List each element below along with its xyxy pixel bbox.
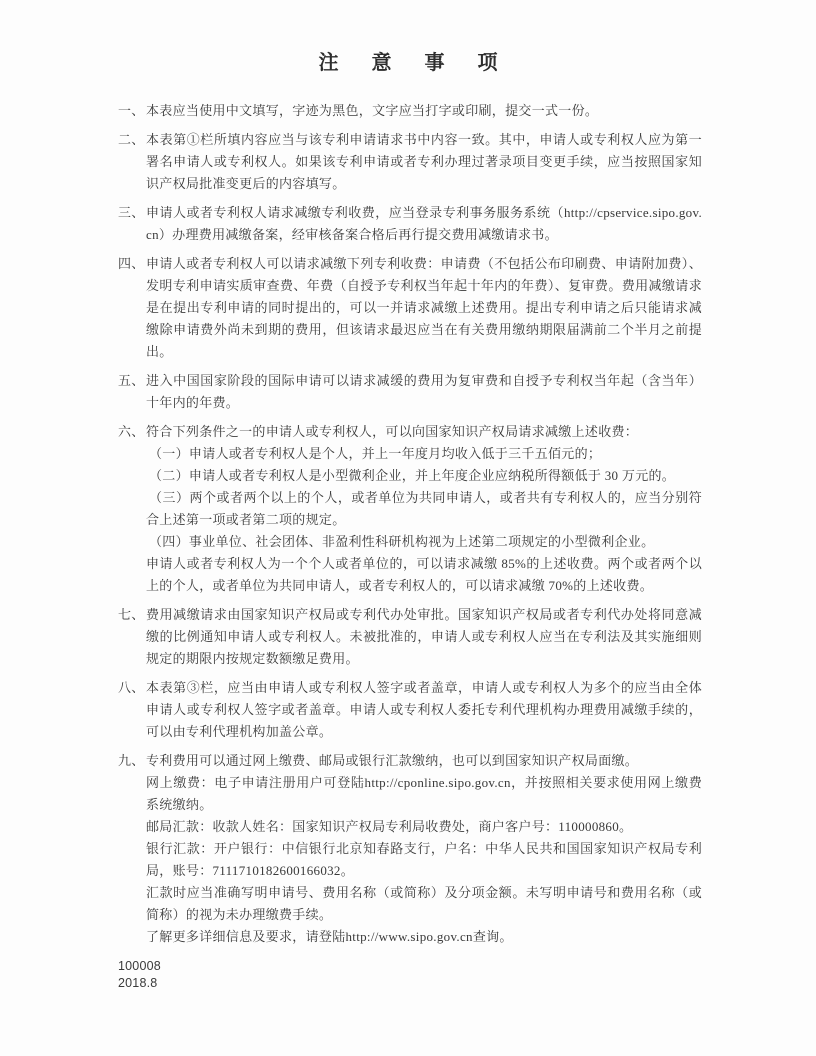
item-number: 八、 xyxy=(118,677,146,743)
item-paragraph: 申请人或者专利权人可以请求减缴下列专利收费：申请费（不包括公布印刷费、申请附加费… xyxy=(146,253,702,363)
item-paragraph: 本表第①栏所填内容应当与该专利申请请求书中内容一致。其中，申请人或专利权人应为第… xyxy=(146,129,702,195)
item-subparagraph: 邮局汇款：收款人姓名：国家知识产权局专利局收费处，商户客户号：110000860… xyxy=(146,816,702,838)
note-item-7: 七、 费用减缴请求由国家知识产权局或专利代办处审批。国家知识产权局或者专利代办处… xyxy=(118,604,702,670)
item-body: 本表第①栏所填内容应当与该专利申请请求书中内容一致。其中，申请人或专利权人应为第… xyxy=(146,129,702,195)
item-subparagraph: （一）申请人或者专利权人是个人，并上一年度月均收入低于三千五佰元的； xyxy=(146,443,702,465)
note-item-2: 二、 本表第①栏所填内容应当与该专利申请请求书中内容一致。其中，申请人或专利权人… xyxy=(118,129,702,195)
item-paragraph: 本表应当使用中文填写，字迹为黑色，文字应当打字或印刷，提交一式一份。 xyxy=(146,100,702,122)
form-footer: 100008 2018.8 xyxy=(118,958,161,992)
note-item-4: 四、 申请人或者专利权人可以请求减缴下列专利收费：申请费（不包括公布印刷费、申请… xyxy=(118,253,702,363)
item-paragraph: 本表第③栏，应当由申请人或专利权人签字或者盖章，申请人或专利权人为多个的应当由全… xyxy=(146,677,702,743)
item-body: 费用减缴请求由国家知识产权局或专利代办处审批。国家知识产权局或者专利代办处将同意… xyxy=(146,604,702,670)
item-number: 四、 xyxy=(118,253,146,363)
note-item-5: 五、 进入中国国家阶段的国际申请可以请求减缓的费用为复审费和自授予专利权当年起（… xyxy=(118,370,702,414)
note-item-8: 八、 本表第③栏，应当由申请人或专利权人签字或者盖章，申请人或专利权人为多个的应… xyxy=(118,677,702,743)
item-number: 六、 xyxy=(118,421,146,597)
item-body: 申请人或者专利权人可以请求减缴下列专利收费：申请费（不包括公布印刷费、申请附加费… xyxy=(146,253,702,363)
item-body: 本表应当使用中文填写，字迹为黑色，文字应当打字或印刷，提交一式一份。 xyxy=(146,100,702,122)
notes-list: 一、 本表应当使用中文填写，字迹为黑色，文字应当打字或印刷，提交一式一份。 二、… xyxy=(118,100,702,948)
item-body: 符合下列条件之一的申请人或专利权人，可以向国家知识产权局请求减缴上述收费： （一… xyxy=(146,421,702,597)
item-paragraph: 费用减缴请求由国家知识产权局或专利代办处审批。国家知识产权局或者专利代办处将同意… xyxy=(146,604,702,670)
note-item-9: 九、 专利费用可以通过网上缴费、邮局或银行汇款缴纳，也可以到国家知识产权局面缴。… xyxy=(118,750,702,948)
item-paragraph: 申请人或者专利权人为一个个人或者单位的，可以请求减缴 85%的上述收费。两个或者… xyxy=(146,553,702,597)
item-number: 五、 xyxy=(118,370,146,414)
item-paragraph: 进入中国国家阶段的国际申请可以请求减缓的费用为复审费和自授予专利权当年起（含当年… xyxy=(146,370,702,414)
item-body: 本表第③栏，应当由申请人或专利权人签字或者盖章，申请人或专利权人为多个的应当由全… xyxy=(146,677,702,743)
item-number: 七、 xyxy=(118,604,146,670)
item-subparagraph: （三）两个或者两个以上的个人，或者单位为共同申请人，或者共有专利权人的，应当分别… xyxy=(146,487,702,531)
item-body: 专利费用可以通过网上缴费、邮局或银行汇款缴纳，也可以到国家知识产权局面缴。 网上… xyxy=(146,750,702,948)
item-number: 二、 xyxy=(118,129,146,195)
page-title: 注 意 事 项 xyxy=(0,0,816,76)
item-subparagraph: 网上缴费：电子申请注册用户可登陆http://cponline.sipo.gov… xyxy=(146,772,702,816)
item-subparagraph: 银行汇款：开户银行：中信银行北京知春路支行，户名：中华人民共和国国家知识产权局专… xyxy=(146,838,702,882)
item-body: 申请人或者专利权人请求减缴专利收费，应当登录专利事务服务系统（http://cp… xyxy=(146,202,702,246)
document-page: 注 意 事 项 一、 本表应当使用中文填写，字迹为黑色，文字应当打字或印刷，提交… xyxy=(0,0,816,1056)
item-number: 九、 xyxy=(118,750,146,948)
note-item-1: 一、 本表应当使用中文填写，字迹为黑色，文字应当打字或印刷，提交一式一份。 xyxy=(118,100,702,122)
item-subparagraph: 了解更多详细信息及要求，请登陆http://www.sipo.gov.cn查询。 xyxy=(146,926,702,948)
item-paragraph: 申请人或者专利权人请求减缴专利收费，应当登录专利事务服务系统（http://cp… xyxy=(146,202,702,246)
item-body: 进入中国国家阶段的国际申请可以请求减缓的费用为复审费和自授予专利权当年起（含当年… xyxy=(146,370,702,414)
item-subparagraph: （二）申请人或者专利权人是小型微利企业，并上年度企业应纳税所得额低于 30 万元… xyxy=(146,465,702,487)
item-subparagraph: （四）事业单位、社会团体、非盈利性科研机构视为上述第二项规定的小型微利企业。 xyxy=(146,531,702,553)
item-paragraph: 专利费用可以通过网上缴费、邮局或银行汇款缴纳，也可以到国家知识产权局面缴。 xyxy=(146,750,702,772)
form-number: 100008 xyxy=(118,958,161,975)
item-subparagraph: 汇款时应当准确写明申请号、费用名称（或简称）及分项金额。未写明申请号和费用名称（… xyxy=(146,882,702,926)
edition-date: 2018.8 xyxy=(118,975,161,992)
item-paragraph: 符合下列条件之一的申请人或专利权人，可以向国家知识产权局请求减缴上述收费： xyxy=(146,421,702,443)
note-item-6: 六、 符合下列条件之一的申请人或专利权人，可以向国家知识产权局请求减缴上述收费：… xyxy=(118,421,702,597)
note-item-3: 三、 申请人或者专利权人请求减缴专利收费，应当登录专利事务服务系统（http:/… xyxy=(118,202,702,246)
item-number: 一、 xyxy=(118,100,146,122)
item-number: 三、 xyxy=(118,202,146,246)
